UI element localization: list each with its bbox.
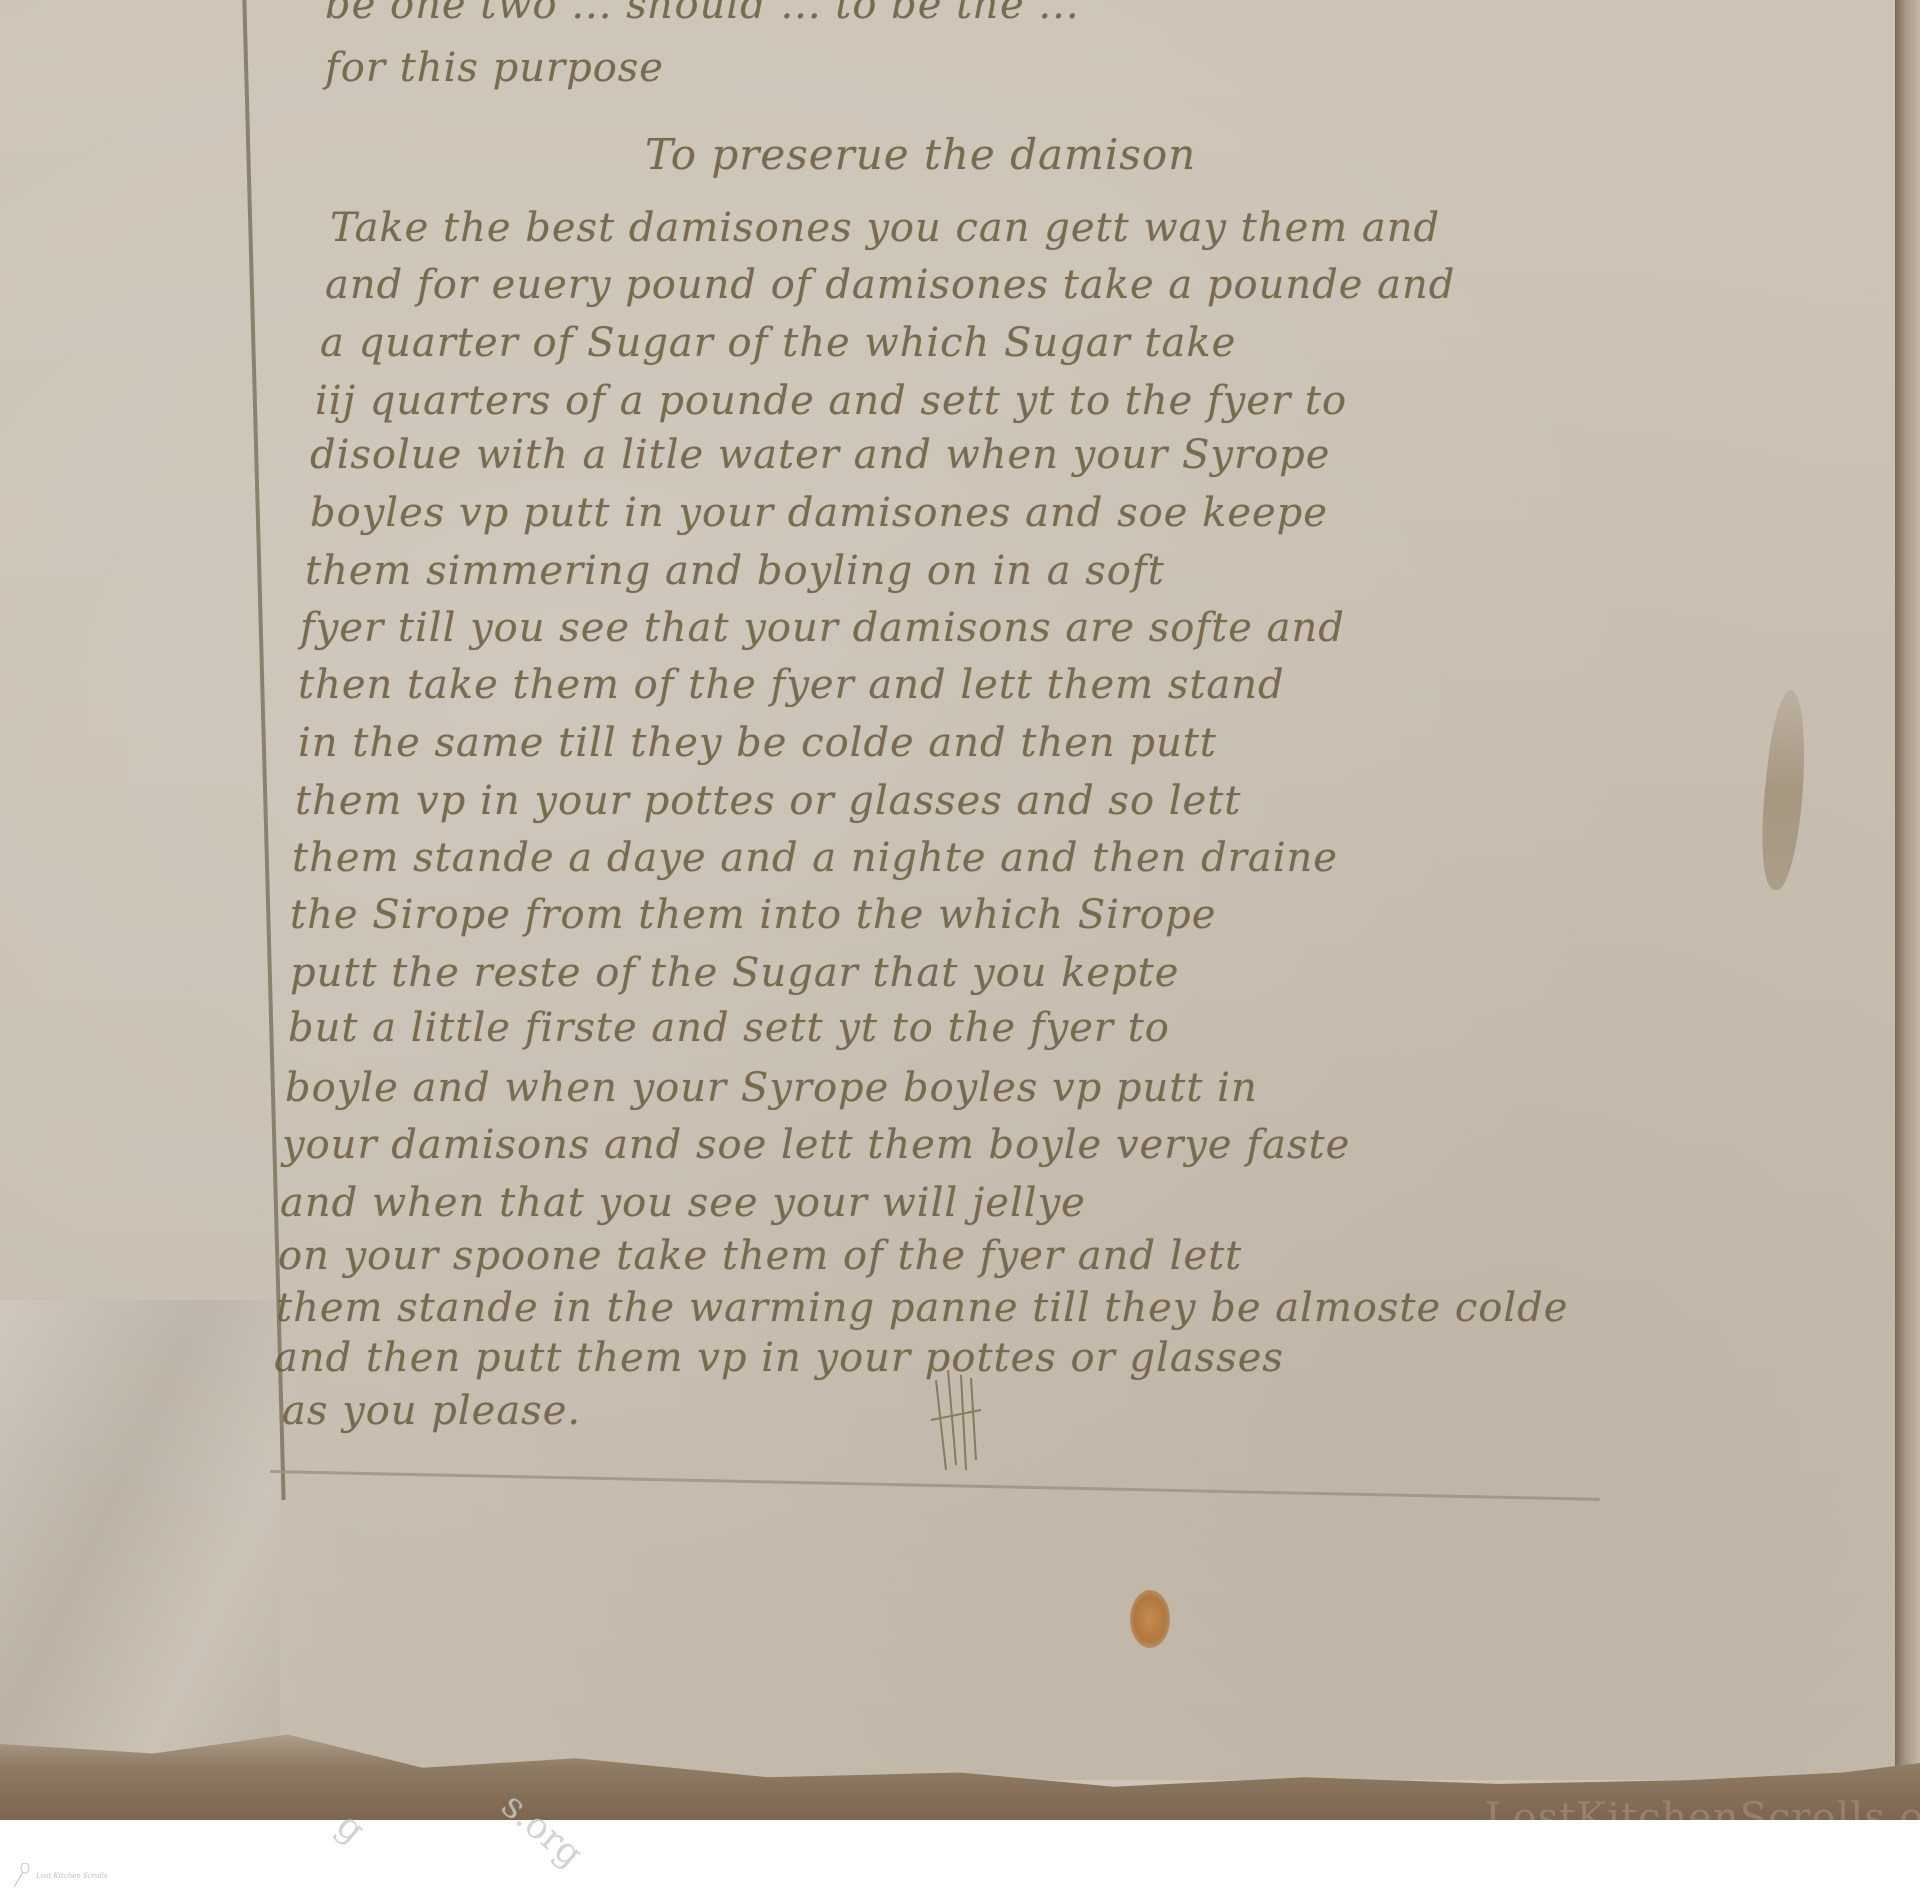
manuscript-line: for this purpose [325,45,664,91]
manuscript-line: iij quarters of a pounde and sett yt to … [315,378,1347,424]
site-logo: Lost Kitchen Scrolls [12,1862,107,1890]
watermark-site-name: LostKitchenScrolls.org [1485,1795,1920,1820]
manuscript-line: fyer till you see that your damisons are… [300,605,1345,651]
manuscript-line: as you please. [282,1388,581,1434]
wax-stain [1130,1590,1170,1648]
manuscript-line: a quarter of Sugar of the which Sugar ta… [320,320,1236,366]
manuscript-line: then take them of the fyer and lett them… [298,662,1285,708]
manuscript-line: in the same till they be colde and then … [298,720,1217,766]
manuscript-line: and for euery pound of damisones take a … [325,262,1455,308]
manuscript-line: the Sirope from them into the which Siro… [290,892,1216,938]
logo-text: Lost Kitchen Scrolls [36,1872,107,1880]
manuscript-scan: be one two ... should ... to be the ... … [0,0,1920,1820]
manuscript-line: Take the best damisones you can gett way… [330,205,1440,251]
manuscript-line: them vp in your pottes or glasses and so… [295,778,1241,824]
manuscript-line: them simmering and boyling on in a soft [305,548,1165,594]
manuscript-line: and when that you see your will jellye [280,1180,1086,1226]
book-spine-edge [1895,0,1920,1790]
manuscript-line: be one two ... should ... to be the ... [325,0,1080,28]
manuscript-line: them stande a daye and a nighte and then… [292,835,1338,881]
manuscript-line: them stande in the warming panne till th… [276,1285,1568,1331]
signature-flourish [926,1370,986,1480]
manuscript-line: but a little firste and sett yt to the f… [288,1005,1170,1051]
manuscript-line: your damisons and soe lett them boyle ve… [282,1122,1350,1168]
spoon-icon [12,1863,30,1889]
manuscript-line: boyles vp putt in your damisones and soe… [310,490,1328,536]
manuscript-line: putt the reste of the Sugar that you kep… [290,950,1179,996]
manuscript-line: and then putt them vp in your pottes or … [274,1335,1284,1381]
manuscript-line: boyle and when your Syrope boyles vp put… [285,1065,1258,1111]
recipe-title: To preserue the damison [645,130,1196,179]
manuscript-line: disolue with a litle water and when your… [310,432,1330,478]
folded-paper-corner [0,1300,280,1800]
manuscript-line: on your spoone take them of the fyer and… [278,1233,1242,1279]
